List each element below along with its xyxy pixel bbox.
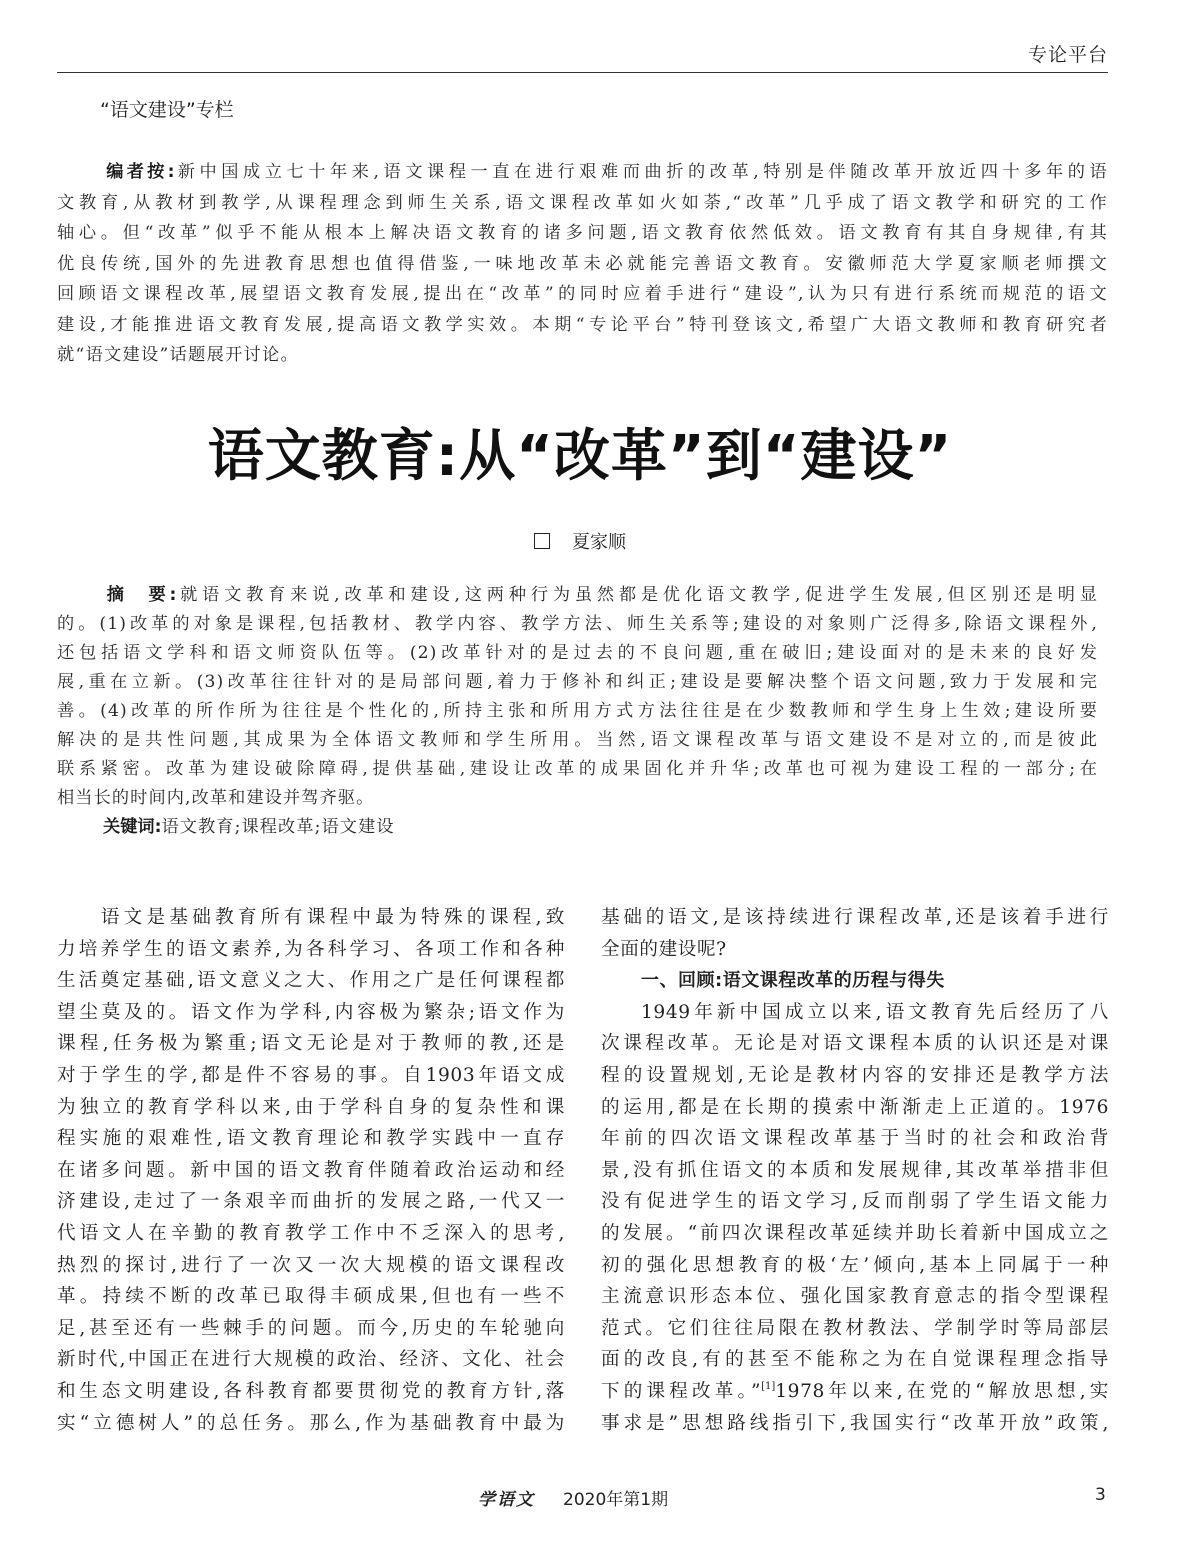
page-number: 3 bbox=[1095, 1485, 1106, 1505]
section-heading-line: 一、回顾:语文课程改革的历程与得失 bbox=[601, 966, 1109, 992]
body-line: 范式。它们往往局限在教材教法、学制学时等局部层 bbox=[601, 1314, 1109, 1340]
abstract-line: 摘 要:就语文教育来说,改革和建设,这两种行为虽然都是优化语文教学,促进学生发展… bbox=[57, 580, 1098, 605]
body-line: 基础的语文,是该持续进行课程改革,还是该着手进行 bbox=[601, 903, 1109, 929]
section-heading: 一、回顾:语文课程改革的历程与得失 bbox=[641, 970, 945, 991]
body-line: 望尘莫及的。语文作为学科,内容极为繁杂;语文作为 bbox=[57, 998, 565, 1024]
body-line: 新时代,中国正在进行大规模的政治、经济、文化、社会 bbox=[57, 1345, 565, 1371]
body-line: 实“立德树人”的总任务。那么,作为基础教育中最为 bbox=[57, 1409, 565, 1435]
body-line: 初的强化思想教育的极‘左’倾向,基本上同属于一种 bbox=[601, 1251, 1109, 1277]
editor-note-lead: 编者按: bbox=[103, 162, 174, 182]
body-line: 对于学生的学,都是件不容易的事。自1903年语文成 bbox=[57, 1061, 565, 1087]
body-line: 没有促进学生的语文学习,反而削弱了学生语文能力 bbox=[601, 1187, 1109, 1213]
abstract-line: 的。(1)改革的对象是课程,包括教材、教学内容、教学方法、师生关系等;建设的对象… bbox=[57, 609, 1098, 634]
body-line: 下的课程改革。”[1]1978年以来,在党的“解放思想,实 bbox=[601, 1377, 1109, 1403]
abstract-line: 联系紧密。改革为建设破除障碍,提供基础,建设让改革的成果固化并升华;改革也可视为… bbox=[57, 754, 1098, 779]
editor-note-line: 建设,才能推进语文教育发展,提高语文教学实效。本期“专论平台”特刊登该文,希望广… bbox=[57, 310, 1108, 335]
article-title: 语文教育:从“改革”到“建设” bbox=[0, 412, 1160, 492]
body-line: 课程,任务极为繁重;语文无论是对于教师的教,还是 bbox=[57, 1029, 565, 1055]
body-line: 全面的建设呢? bbox=[601, 935, 1109, 961]
abstract-line: 解决的是共性问题,其成果为全体语文教师和学生所用。当然,语文课程改革与语文建设不… bbox=[57, 725, 1098, 750]
keywords: 语文教育;课程改革;语文建设 bbox=[161, 817, 394, 837]
body-line: 事求是”思想路线指引下,我国实行“改革开放”政策, bbox=[601, 1409, 1109, 1435]
running-head: 专论平台 bbox=[1028, 40, 1108, 67]
footer-journal-name: 学语文 bbox=[478, 1485, 535, 1510]
body-line: 革。持续不断的改革已取得丰硕成果,但也有一些不 bbox=[57, 1282, 565, 1308]
body-line: 热烈的探讨,进行了一次又一次大规模的语文课程改 bbox=[57, 1251, 565, 1277]
body-line: 程实施的艰难性,语文教育理论和教学实践中一直存 bbox=[57, 1124, 565, 1150]
abstract-line: 展,重在立新。(3)改革往往针对的是局部问题,着力于修补和纠正;建设是要解决整个… bbox=[57, 667, 1098, 692]
body-line: 生活奠定基础,语文意义之大、作用之广是任何课程都 bbox=[57, 966, 565, 992]
editor-note-line: 文教育,从教材到教学,从课程理念到师生关系,语文课程改革如火如荼,“改革”几乎成… bbox=[57, 188, 1108, 213]
body-line: 在诸多问题。新中国的语文教育伴随着政治运动和经 bbox=[57, 1156, 565, 1182]
body-line: 代语文人在辛勤的教育教学工作中不乏深入的思考, bbox=[57, 1219, 565, 1245]
body-line: 年前的四次语文课程改革基于当时的社会和政治背 bbox=[601, 1124, 1109, 1150]
author-name: 夏家顺 bbox=[572, 532, 626, 553]
body-line: 为独立的教育学科以来,由于学科自身的复杂性和课 bbox=[57, 1093, 565, 1119]
keywords-label: 关键词: bbox=[103, 817, 161, 837]
body-line: 1949年新中国成立以来,语文教育先后经历了八 bbox=[601, 998, 1109, 1024]
editor-note-line: 就“语文建设”话题展开讨论。 bbox=[57, 340, 1108, 365]
body-line: 次课程改革。无论是对语文课程本质的认识还是对课 bbox=[601, 1029, 1109, 1055]
column-label: “语文建设”专栏 bbox=[100, 95, 234, 122]
footer-issue: 2020年第1期 bbox=[563, 1485, 668, 1510]
body-line: 语文是基础教育所有课程中最为特殊的课程,致 bbox=[57, 903, 565, 929]
body-line: 足,甚至还有一些棘手的问题。而今,历史的车轮驰向 bbox=[57, 1314, 565, 1340]
body-line: 程的设置规划,无论是教材内容的安排还是教学方法 bbox=[601, 1061, 1109, 1087]
header-rule bbox=[57, 72, 1108, 73]
keywords-line: 关键词:语文教育;课程改革;语文建设 bbox=[57, 812, 1098, 837]
byline: 夏家顺 bbox=[0, 528, 1160, 554]
body-line: 力培养学生的语文素养,为各科学习、各项工作和各种 bbox=[57, 935, 565, 961]
body-line: 的发展。“前四次课程改革延续并助长着新中国成立之 bbox=[601, 1219, 1109, 1245]
abstract-line: 善。(4)改革的所作所为往往是个性化的,所持主张和所用方式方法往往是在少数教师和… bbox=[57, 696, 1098, 721]
body-line: 和生态文明建设,各科教育都要贯彻党的教育方针,落 bbox=[57, 1377, 565, 1403]
citation-link[interactable]: [1] bbox=[761, 1381, 775, 1392]
body-line: 的运用,都是在长期的摸索中渐渐走上正道的。1976 bbox=[601, 1093, 1109, 1119]
body-line: 济建设,走过了一条艰辛而曲折的发展之路,一代又一 bbox=[57, 1187, 565, 1213]
abstract-label: 摘 要: bbox=[103, 585, 176, 605]
editor-note-line: 回顾语文课程改革,展望语文教育发展,提出在“改革”的同时应着手进行“建设”,认为… bbox=[57, 279, 1108, 304]
editor-note-line: 编者按:新中国成立七十年来,语文课程一直在进行艰难而曲折的改革,特别是伴随改革开… bbox=[57, 157, 1108, 182]
editor-note-line: 优良传统,国外的先进教育思想也值得借鉴,一味地改革未必就能完善语文教育。安徽师范… bbox=[57, 249, 1108, 274]
body-line: 景,没有抓住语文的本质和发展规律,其改革举措非但 bbox=[601, 1156, 1109, 1182]
body-line: 主流意识形态本位、强化国家教育意志的指令型课程 bbox=[601, 1282, 1109, 1308]
editor-note-line: 轴心。但“改革”似乎不能从根本上解决语文教育的诸多问题,语文教育依然低效。语文教… bbox=[57, 218, 1108, 243]
abstract-line: 相当长的时间内,改革和建设并驾齐驱。 bbox=[57, 783, 1098, 808]
body-line: 面的改良,有的甚至不能称之为在自觉课程理念指导 bbox=[601, 1345, 1109, 1371]
author-box-icon bbox=[534, 533, 550, 549]
abstract-line: 还包括语文学科和语文师资队伍等。(2)改革针对的是过去的不良问题,重在破旧;建设… bbox=[57, 638, 1098, 663]
